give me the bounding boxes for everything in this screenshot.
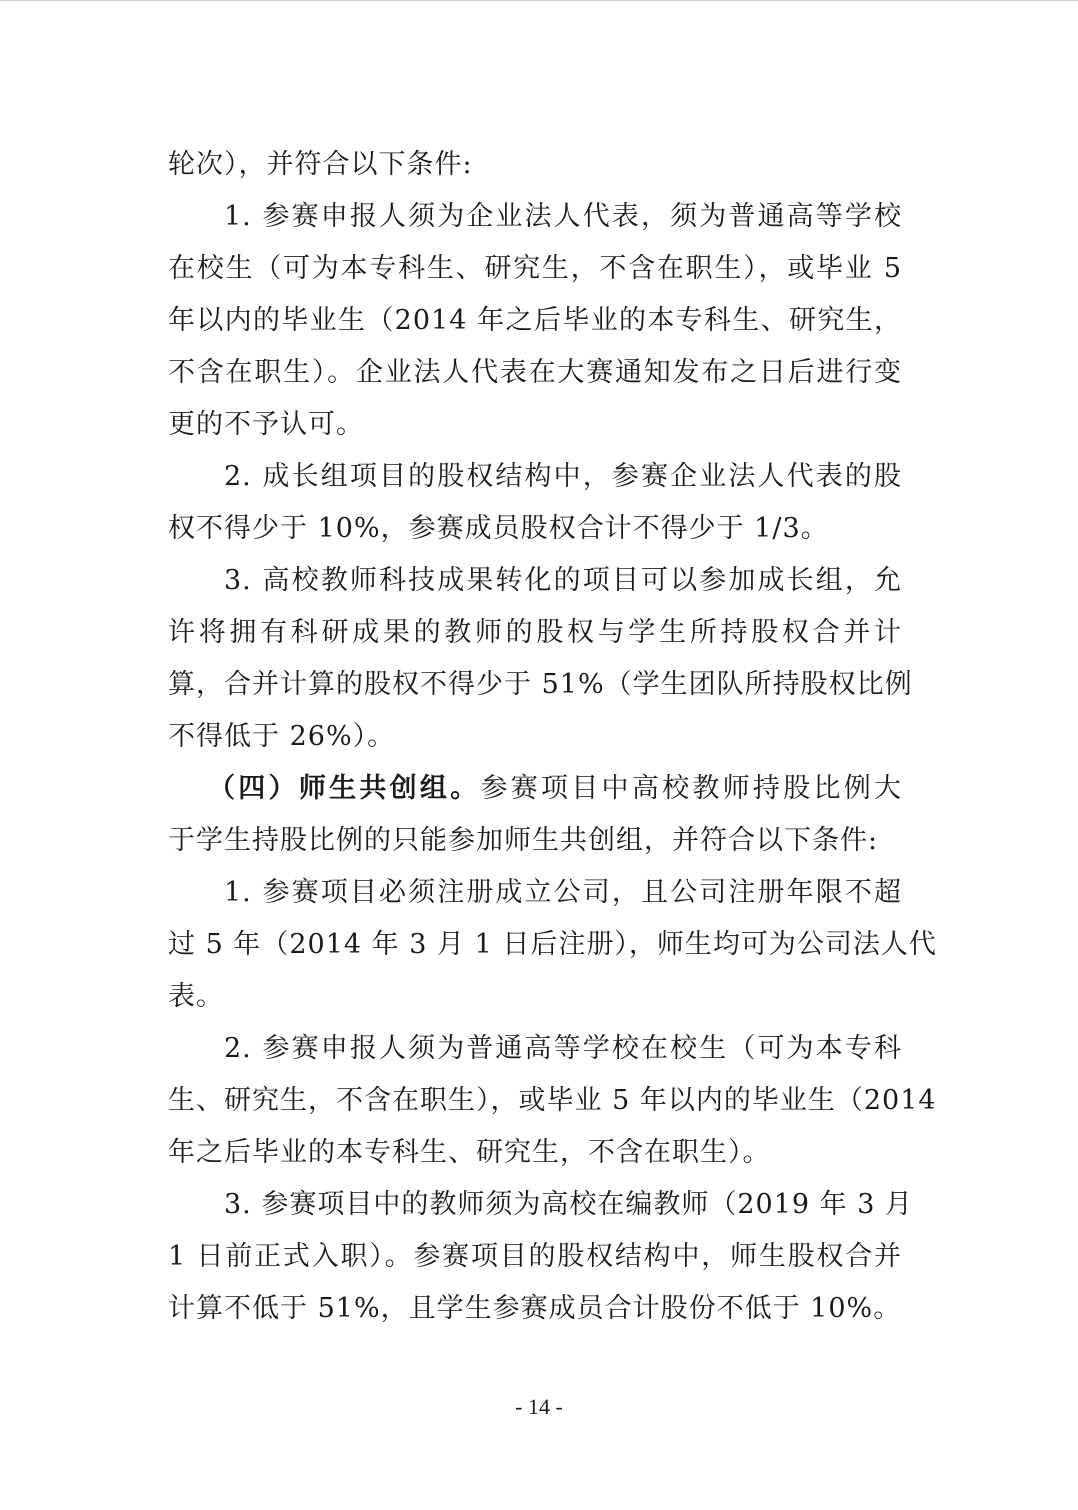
text-line: 2. 参赛申报人须为普通高等学校在校生（可为本专科 <box>168 1023 902 1075</box>
text-line: 1 日前正式入职）。参赛项目的股权结构中，师生股权合并 <box>168 1231 902 1283</box>
text-line: 不得低于 26%）。 <box>168 711 902 763</box>
text-line: 年以内的毕业生（2014 年之后毕业的本专科生、研究生， <box>168 295 902 347</box>
text-line: 计算不低于 51%，且学生参赛成员合计股份不低于 10%。 <box>168 1283 902 1335</box>
text-line: 过 5 年（2014 年 3 月 1 日后注册），师生均可为公司法人代 <box>168 919 902 971</box>
text-line: 3. 参赛项目中的教师须为高校在编教师（2019 年 3 月 <box>168 1179 902 1231</box>
text-line: 于学生持股比例的只能参加师生共创组，并符合以下条件: <box>168 815 902 867</box>
page-number: - 14 - <box>0 1392 1078 1422</box>
text-line: 算，合并计算的股权不得少于 51%（学生团队所持股权比例 <box>168 659 902 711</box>
page-top-edge <box>0 0 1078 1</box>
text-line: 更的不予认可。 <box>168 399 902 451</box>
text-line: 1. 参赛申报人须为企业法人代表，须为普通高等学校 <box>168 191 902 243</box>
section-four-heading: （四）师生共创组。 <box>208 773 480 804</box>
text-line: 3. 高校教师科技成果转化的项目可以参加成长组，允 <box>168 555 902 607</box>
text-line: 表。 <box>168 971 902 1023</box>
text-line: 2. 成长组项目的股权结构中，参赛企业法人代表的股 <box>168 451 902 503</box>
text-line: 年之后毕业的本专科生、研究生，不含在职生）。 <box>168 1127 902 1179</box>
text-line: 权不得少于 10%，参赛成员股权合计不得少于 1/3。 <box>168 503 902 555</box>
section-four-heading-line: （四）师生共创组。参赛项目中高校教师持股比例大 <box>168 763 902 815</box>
text-line: 不含在职生）。企业法人代表在大赛通知发布之日后进行变 <box>168 347 902 399</box>
text-line: 许将拥有科研成果的教师的股权与学生所持股权合并计 <box>168 607 902 659</box>
text-line: 生、研究生，不含在职生），或毕业 5 年以内的毕业生（2014 <box>168 1075 902 1127</box>
section-four-heading-rest: 参赛项目中高校教师持股比例大 <box>480 773 902 804</box>
text-line: 1. 参赛项目必须注册成立公司，且公司注册年限不超 <box>168 867 902 919</box>
text-line: 在校生（可为本专科生、研究生，不含在职生），或毕业 5 <box>168 243 902 295</box>
document-body: 轮次），并符合以下条件: 1. 参赛申报人须为企业法人代表，须为普通高等学校 在… <box>168 139 902 1335</box>
text-line: 轮次），并符合以下条件: <box>168 139 902 191</box>
